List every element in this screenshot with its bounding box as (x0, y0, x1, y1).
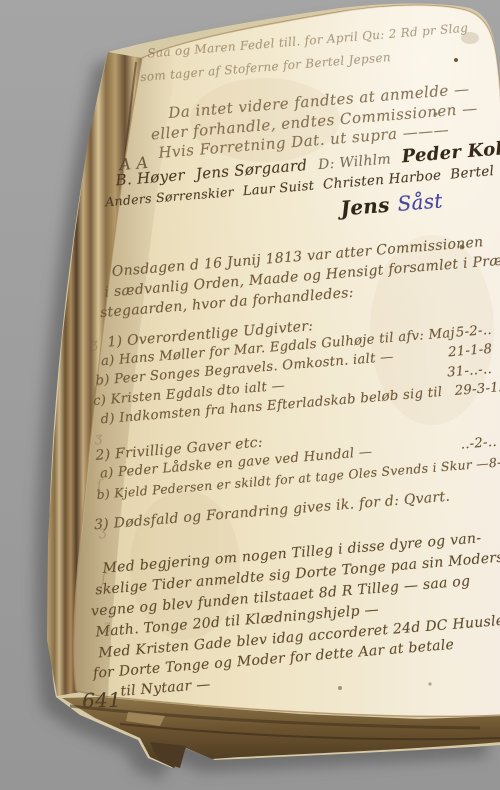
item-amount: 8-..-.. (488, 453, 500, 471)
signature-row: Jens Såst (340, 188, 444, 220)
signature: B. Høyer (115, 166, 186, 190)
item-amount: 5-2-.. (455, 323, 492, 341)
item-amount: ..-2-.. (460, 435, 497, 453)
signature: Laur Suist (242, 179, 314, 200)
photo-of-manuscript-book: Saa og Maren Fedel till. for April Qu: 2… (0, 0, 500, 790)
item-amount: 31-..-.. (447, 362, 493, 381)
item-amount: 21-1-8 (448, 342, 493, 361)
page-number: 641 (82, 688, 122, 713)
manuscript-page: Saa og Maren Fedel till. for April Qu: 2… (90, 0, 500, 743)
signature-blue-ink: Såst (397, 188, 444, 216)
signature: Jens (340, 193, 391, 221)
signature: D: Wilhlm (318, 151, 392, 173)
item-amount: 29-3-12 (454, 380, 500, 399)
signature: Bertel (450, 163, 495, 182)
top-note-line: Saa og Maren Fedel till. for April Qu: 2… (147, 21, 469, 61)
